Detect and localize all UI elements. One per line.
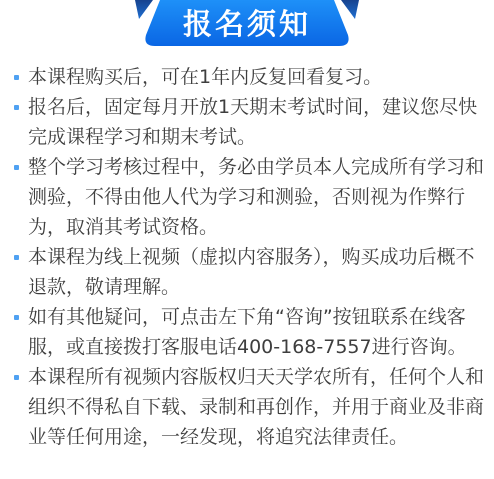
bullet-icon	[14, 75, 19, 80]
list-item: 整个学习考核过程中，务必由学员本人完成所有学习和测验，不得由他人代为学习和测验，…	[0, 152, 494, 242]
list-item: 报名后，固定每月开放1天期末考试时间，建议您尽快完成课程学习和期末考试。	[0, 92, 494, 152]
notice-text: 报名后，固定每月开放1天期末考试时间，建议您尽快完成课程学习和期末考试。	[28, 92, 486, 152]
registration-notice-panel: 报名须知 本课程购买后，可在1年内反复回看复习。 报名后，固定每月开放1天期末考…	[0, 0, 494, 479]
list-item: 本课程所有视频内容版权归天天学农所有，任何个人和组织不得私自下载、录制和再创作，…	[0, 362, 494, 452]
ribbon-header: 报名须知	[135, 0, 359, 46]
bullet-icon	[14, 105, 19, 110]
notice-text: 如有其他疑问，可点击左下角“咨询”按钮联系在线客服，或直接拨打客服电话400-1…	[28, 302, 486, 362]
notice-text: 本课程购买后，可在1年内反复回看复习。	[28, 62, 486, 92]
notice-text: 本课程所有视频内容版权归天天学农所有，任何个人和组织不得私自下载、录制和再创作，…	[28, 362, 486, 452]
list-item: 本课程购买后，可在1年内反复回看复习。	[0, 62, 494, 92]
list-item: 本课程为线上视频（虚拟内容服务），购买成功后概不退款，敬请理解。	[0, 242, 494, 302]
bullet-icon	[14, 315, 19, 320]
page-title: 报名须知	[135, 0, 359, 46]
list-item: 如有其他疑问，可点击左下角“咨询”按钮联系在线客服，或直接拨打客服电话400-1…	[0, 302, 494, 362]
bullet-icon	[14, 375, 19, 380]
bullet-icon	[14, 255, 19, 260]
notice-text: 整个学习考核过程中，务必由学员本人完成所有学习和测验，不得由他人代为学习和测验，…	[28, 152, 486, 242]
notice-text: 本课程为线上视频（虚拟内容服务），购买成功后概不退款，敬请理解。	[28, 242, 486, 302]
notice-list: 本课程购买后，可在1年内反复回看复习。 报名后，固定每月开放1天期末考试时间，建…	[0, 62, 494, 452]
bullet-icon	[14, 165, 19, 170]
